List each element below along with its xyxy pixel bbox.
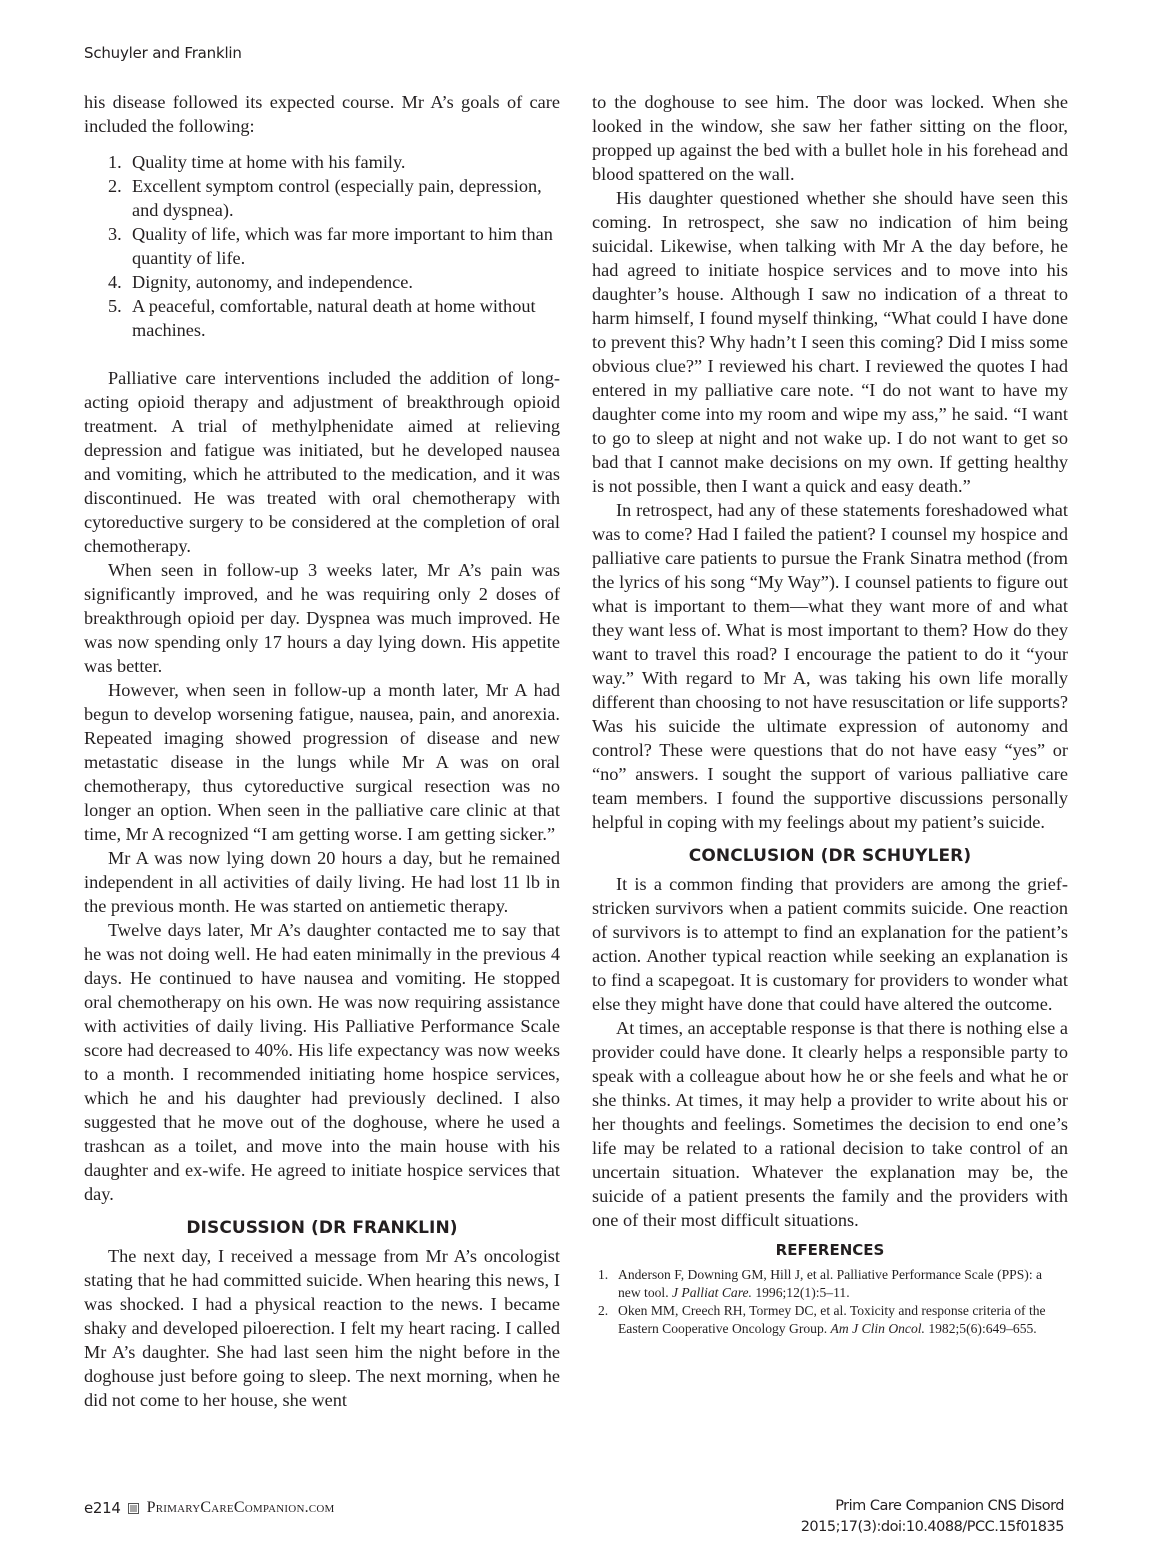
goal-text: Quality of life, which was far more impo…	[132, 224, 553, 268]
reference-journal: J Palliat Care.	[672, 1285, 752, 1300]
goal-text: Dignity, autonomy, and independence.	[132, 272, 413, 292]
running-head: Schuyler and Franklin	[84, 44, 242, 62]
discussion-heading: DISCUSSION (DR FRANKLIN)	[84, 1216, 560, 1240]
intro-paragraph: his disease followed its expected course…	[84, 90, 560, 138]
reference-number: 2.	[598, 1302, 608, 1320]
goals-list: 1.Quality time at home with his family. …	[84, 150, 560, 342]
goal-item: 4.Dignity, autonomy, and independence.	[84, 270, 560, 294]
journal-website: PrimaryCareCompanion.com	[147, 1498, 335, 1518]
goal-number: 4.	[108, 270, 122, 294]
body-paragraph: Twelve days later, Mr A’s daughter conta…	[84, 918, 560, 1206]
body-paragraph: Palliative care interventions included t…	[84, 366, 560, 558]
page-number: e214	[84, 1498, 121, 1518]
left-column: his disease followed its expected course…	[84, 90, 560, 1412]
goal-number: 5.	[108, 294, 122, 318]
body-paragraph: In retrospect, had any of these statemen…	[592, 498, 1068, 834]
body-paragraph: At times, an acceptable response is that…	[592, 1016, 1068, 1232]
conclusion-heading: CONCLUSION (DR SCHUYLER)	[592, 844, 1068, 868]
goal-text: Excellent symptom control (especially pa…	[132, 176, 542, 220]
continuation-paragraph: to the doghouse to see him. The door was…	[592, 90, 1068, 186]
goal-number: 1.	[108, 150, 122, 174]
reference-item: 2.Oken MM, Creech RH, Tormey DC, et al. …	[592, 1302, 1068, 1338]
footer-right: Prim Care Companion CNS Disord 2015;17(3…	[801, 1496, 1064, 1538]
body-paragraph: However, when seen in follow-up a month …	[84, 678, 560, 846]
body-paragraph: His daughter questioned whether she shou…	[592, 186, 1068, 498]
body-paragraph: It is a common finding that providers ar…	[592, 872, 1068, 1016]
square-bullet-icon	[128, 1503, 139, 1514]
doi-citation: 2015;17(3):doi:10.4088/PCC.15f01835	[801, 1517, 1064, 1538]
references-heading: REFERENCES	[592, 1240, 1068, 1260]
journal-name: Prim Care Companion CNS Disord	[801, 1496, 1064, 1517]
goal-item: 5.A peaceful, comfortable, natural death…	[84, 294, 560, 342]
goal-item: 2.Excellent symptom control (especially …	[84, 174, 560, 222]
footer-left: e214 PrimaryCareCompanion.com	[84, 1498, 334, 1518]
body-paragraph: Mr A was now lying down 20 hours a day, …	[84, 846, 560, 918]
goal-text: Quality time at home with his family.	[132, 152, 406, 172]
right-column: to the doghouse to see him. The door was…	[592, 90, 1068, 1338]
reference-citation: 1982;5(6):649–655.	[925, 1321, 1037, 1336]
reference-journal: Am J Clin Oncol.	[831, 1321, 925, 1336]
body-paragraph: When seen in follow-up 3 weeks later, Mr…	[84, 558, 560, 678]
reference-item: 1.Anderson F, Downing GM, Hill J, et al.…	[592, 1266, 1068, 1302]
goal-item: 3.Quality of life, which was far more im…	[84, 222, 560, 270]
goal-number: 3.	[108, 222, 122, 246]
goal-item: 1.Quality time at home with his family.	[84, 150, 560, 174]
goal-number: 2.	[108, 174, 122, 198]
reference-citation: 1996;12(1):5–11.	[752, 1285, 850, 1300]
reference-number: 1.	[598, 1266, 608, 1284]
goal-text: A peaceful, comfortable, natural death a…	[132, 296, 536, 340]
references-list: 1.Anderson F, Downing GM, Hill J, et al.…	[592, 1266, 1068, 1338]
body-paragraph: The next day, I received a message from …	[84, 1244, 560, 1412]
